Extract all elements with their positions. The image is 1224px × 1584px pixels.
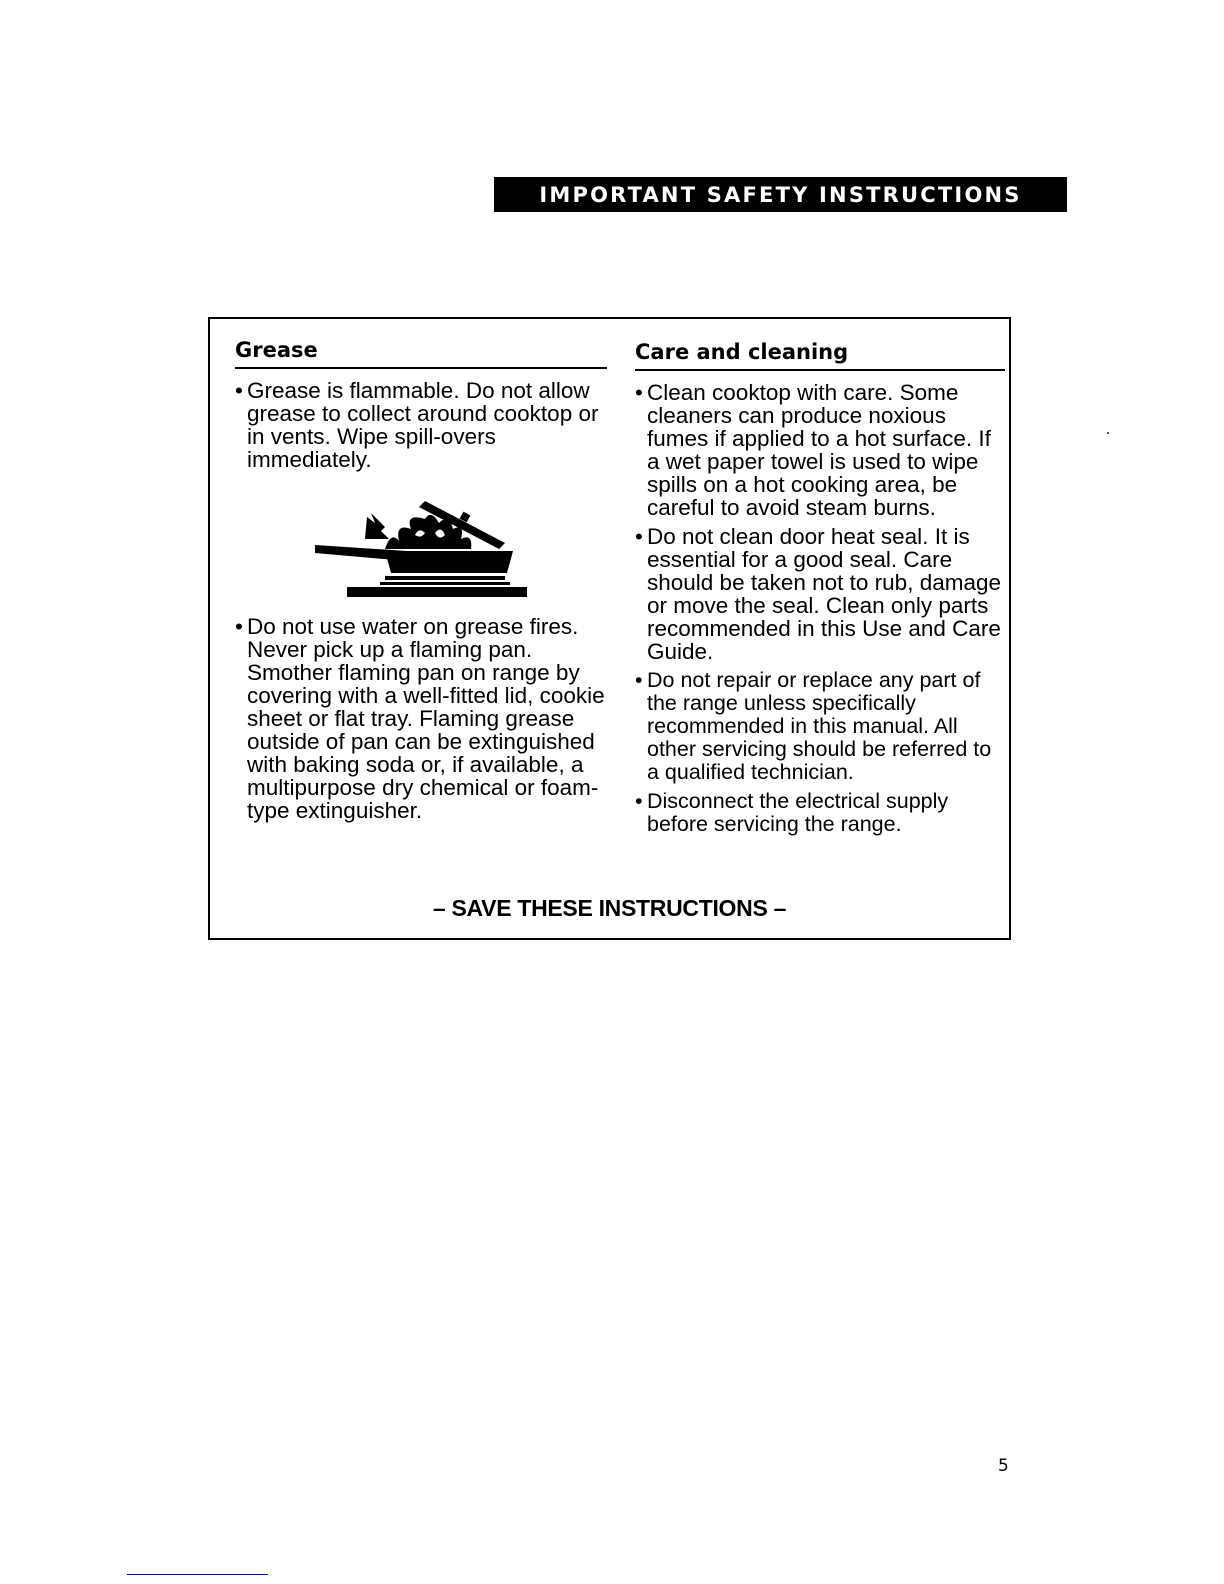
flaming-pan-lid-icon: [235, 483, 607, 601]
care-item-2: •Do not clean door heat seal. It is esse…: [635, 525, 1005, 663]
care-item-4: •Disconnect the electrical supply before…: [635, 790, 1005, 836]
grease-item-2: •Do not use water on grease fires. Never…: [235, 615, 607, 822]
care-item-3: •Do not repair or replace any part of th…: [635, 669, 1005, 784]
bullet-icon: •: [635, 790, 647, 813]
save-instructions-notice: – SAVE THESE INSTRUCTIONS –: [210, 895, 1009, 922]
section-heading-grease: Grease: [235, 337, 607, 369]
care-item-1: •Clean cooktop with care. Some cleaners …: [635, 381, 1005, 519]
scan-speck: [1107, 432, 1109, 434]
grease-item-1: •Grease is flammable. Do not allow greas…: [235, 379, 607, 471]
page-banner-title: IMPORTANT SAFETY INSTRUCTIONS: [494, 177, 1067, 212]
bullet-icon: •: [635, 669, 647, 692]
grease-section: Grease •Grease is flammable. Do not allo…: [235, 337, 607, 828]
bullet-icon: •: [235, 615, 247, 638]
bullet-icon: •: [635, 381, 647, 404]
page-number: 5: [998, 1456, 1009, 1476]
section-heading-care-cleaning: Care and cleaning: [635, 339, 1005, 371]
care-cleaning-section: Care and cleaning •Clean cooktop with ca…: [635, 339, 1005, 842]
link-underline[interactable]: [127, 1574, 268, 1575]
bullet-icon: •: [235, 379, 247, 402]
safety-instructions-box: Grease •Grease is flammable. Do not allo…: [208, 317, 1011, 940]
bullet-icon: •: [635, 525, 647, 548]
